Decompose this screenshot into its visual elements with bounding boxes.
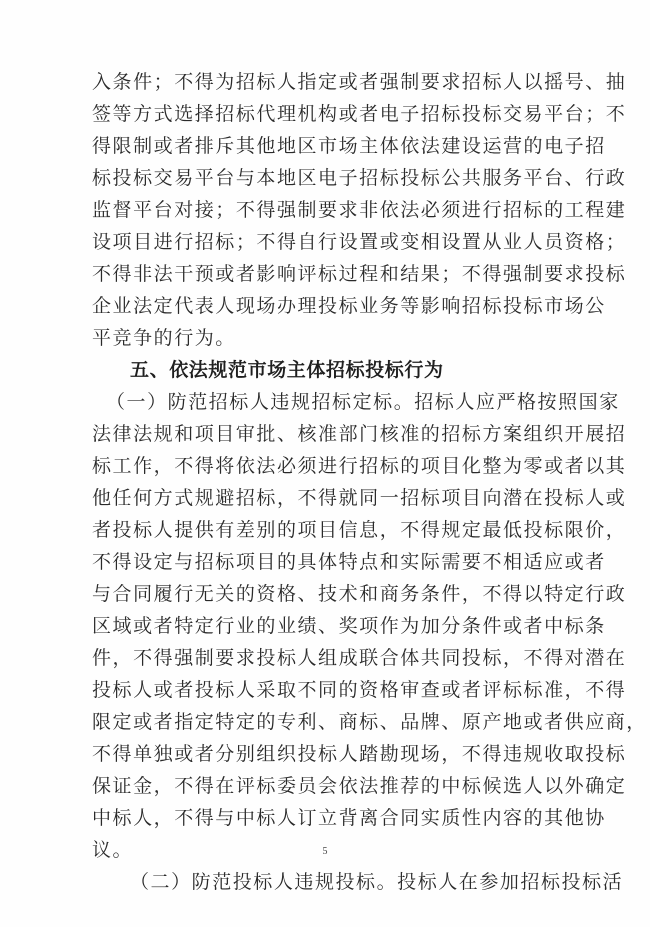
- paragraph-line: 不得非法干预或者影响评标过程和结果；不得强制要求投标: [92, 258, 554, 290]
- paragraph-line: 区域或者特定行业的业绩、奖项作为加分条件或者中标条: [92, 610, 554, 642]
- page-number: 5: [317, 846, 333, 857]
- paragraph-line: 不得设定与招标项目的具体特点和实际需要不相适应或者: [92, 546, 554, 578]
- paragraph-line: 法律法规和项目审批、核准部门核准的招标方案组织开展招: [92, 418, 554, 450]
- paragraph-line: 投标人或者投标人采取不同的资格审查或者评标标准，不得: [92, 674, 554, 706]
- paragraph-line: 中标人，不得与中标人订立背离合同实质性内容的其他协: [92, 802, 554, 834]
- subsection-first-line: （二）防范投标人违规投标。投标人在参加招标投标活: [92, 866, 554, 898]
- paragraph-line: 标工作，不得将依法必须进行招标的项目化整为零或者以其: [92, 450, 554, 482]
- document-body: 入条件；不得为招标人指定或者强制要求招标人以摇号、抽 签等方式选择招标代理机构或…: [92, 66, 554, 898]
- section-heading: 五、依法规范市场主体招标投标行为: [92, 354, 554, 386]
- document-page: 入条件；不得为招标人指定或者强制要求招标人以摇号、抽 签等方式选择招标代理机构或…: [0, 0, 650, 927]
- paragraph-line: 限定或者指定特定的专利、商标、品牌、原产地或者供应商，: [92, 706, 554, 738]
- paragraph-line: 与合同履行无关的资格、技术和商务条件，不得以特定行政: [92, 578, 554, 610]
- paragraph-line: 他任何方式规避招标，不得就同一招标项目向潜在投标人或: [92, 482, 554, 514]
- paragraph-line: 件，不得强制要求投标人组成联合体共同投标，不得对潜在: [92, 642, 554, 674]
- paragraph-line: 入条件；不得为招标人指定或者强制要求招标人以摇号、抽: [92, 66, 554, 98]
- paragraph-line: 得限制或者排斥其他地区市场主体依法建设运营的电子招: [92, 130, 554, 162]
- paragraph-line: 不得单独或者分别组织投标人踏勘现场，不得违规收取投标: [92, 738, 554, 770]
- paragraph-line: 保证金，不得在评标委员会依法推荐的中标候选人以外确定: [92, 770, 554, 802]
- subsection-first-line: （一）防范招标人违规招标定标。招标人应严格按照国家: [92, 386, 554, 418]
- paragraph-line: 标投标交易平台与本地区电子招标投标公共服务平台、行政: [92, 162, 554, 194]
- paragraph-line: 者投标人提供有差别的项目信息，不得规定最低投标限价，: [92, 514, 554, 546]
- paragraph-line: 签等方式选择招标代理机构或者电子招标投标交易平台；不: [92, 98, 554, 130]
- paragraph-line: 企业法定代表人现场办理投标业务等影响招标投标市场公: [92, 290, 554, 322]
- paragraph-line: 监督平台对接；不得强制要求非依法必须进行招标的工程建: [92, 194, 554, 226]
- paragraph-line: 平竞争的行为。: [92, 322, 554, 354]
- paragraph-line: 设项目进行招标；不得自行设置或变相设置从业人员资格；: [92, 226, 554, 258]
